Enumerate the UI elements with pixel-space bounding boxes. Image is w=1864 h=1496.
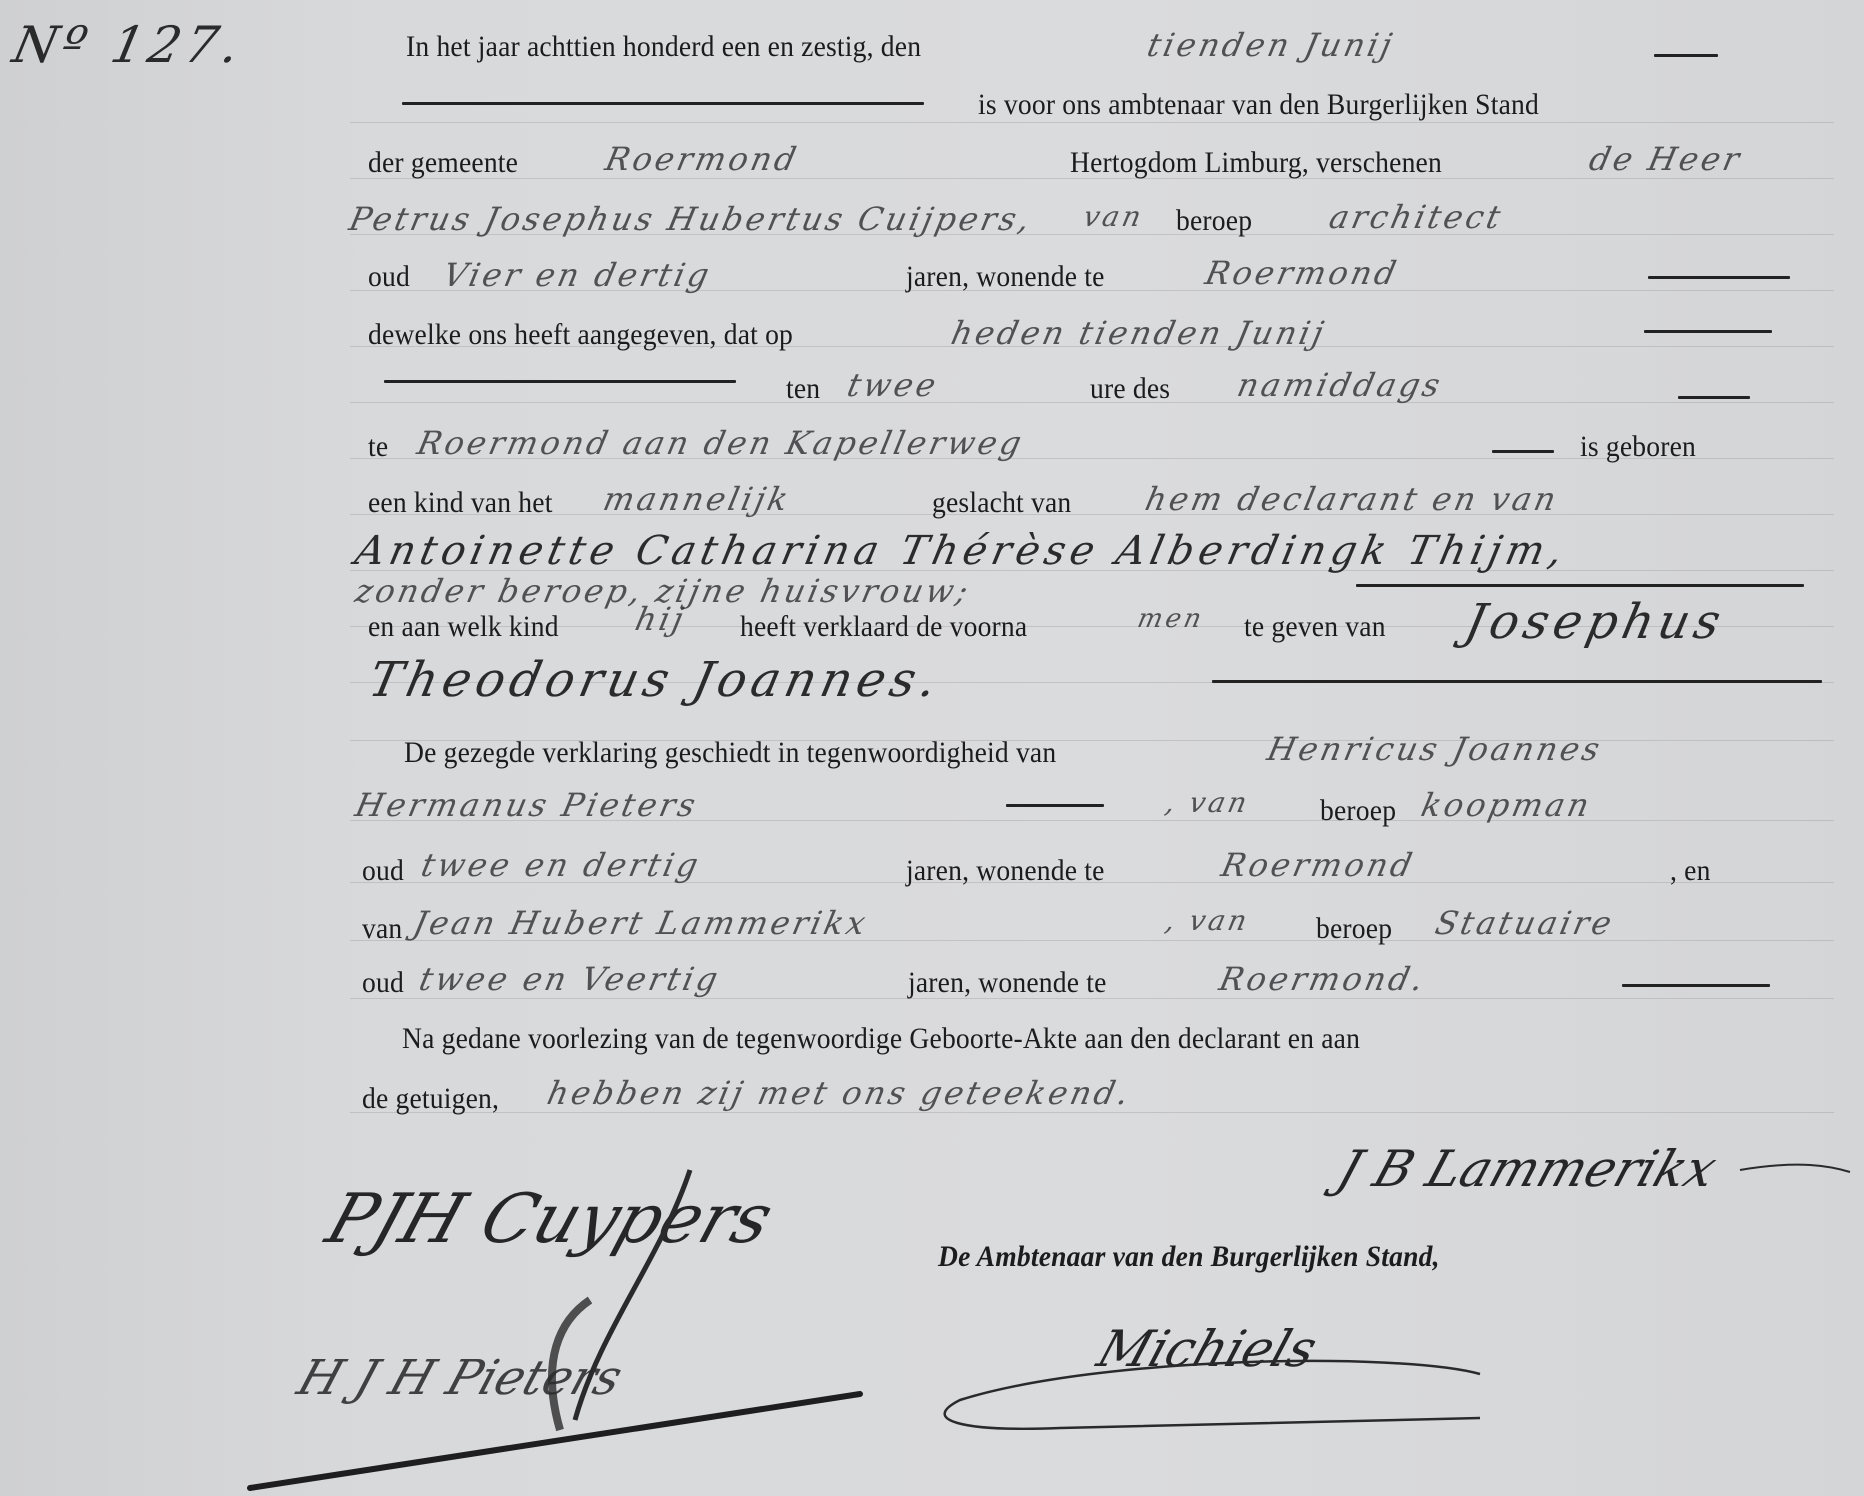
signature-flourishes [0,0,1864,1496]
document-page: Nº 127. In het jaar achttien honderd een… [0,0,1864,1496]
